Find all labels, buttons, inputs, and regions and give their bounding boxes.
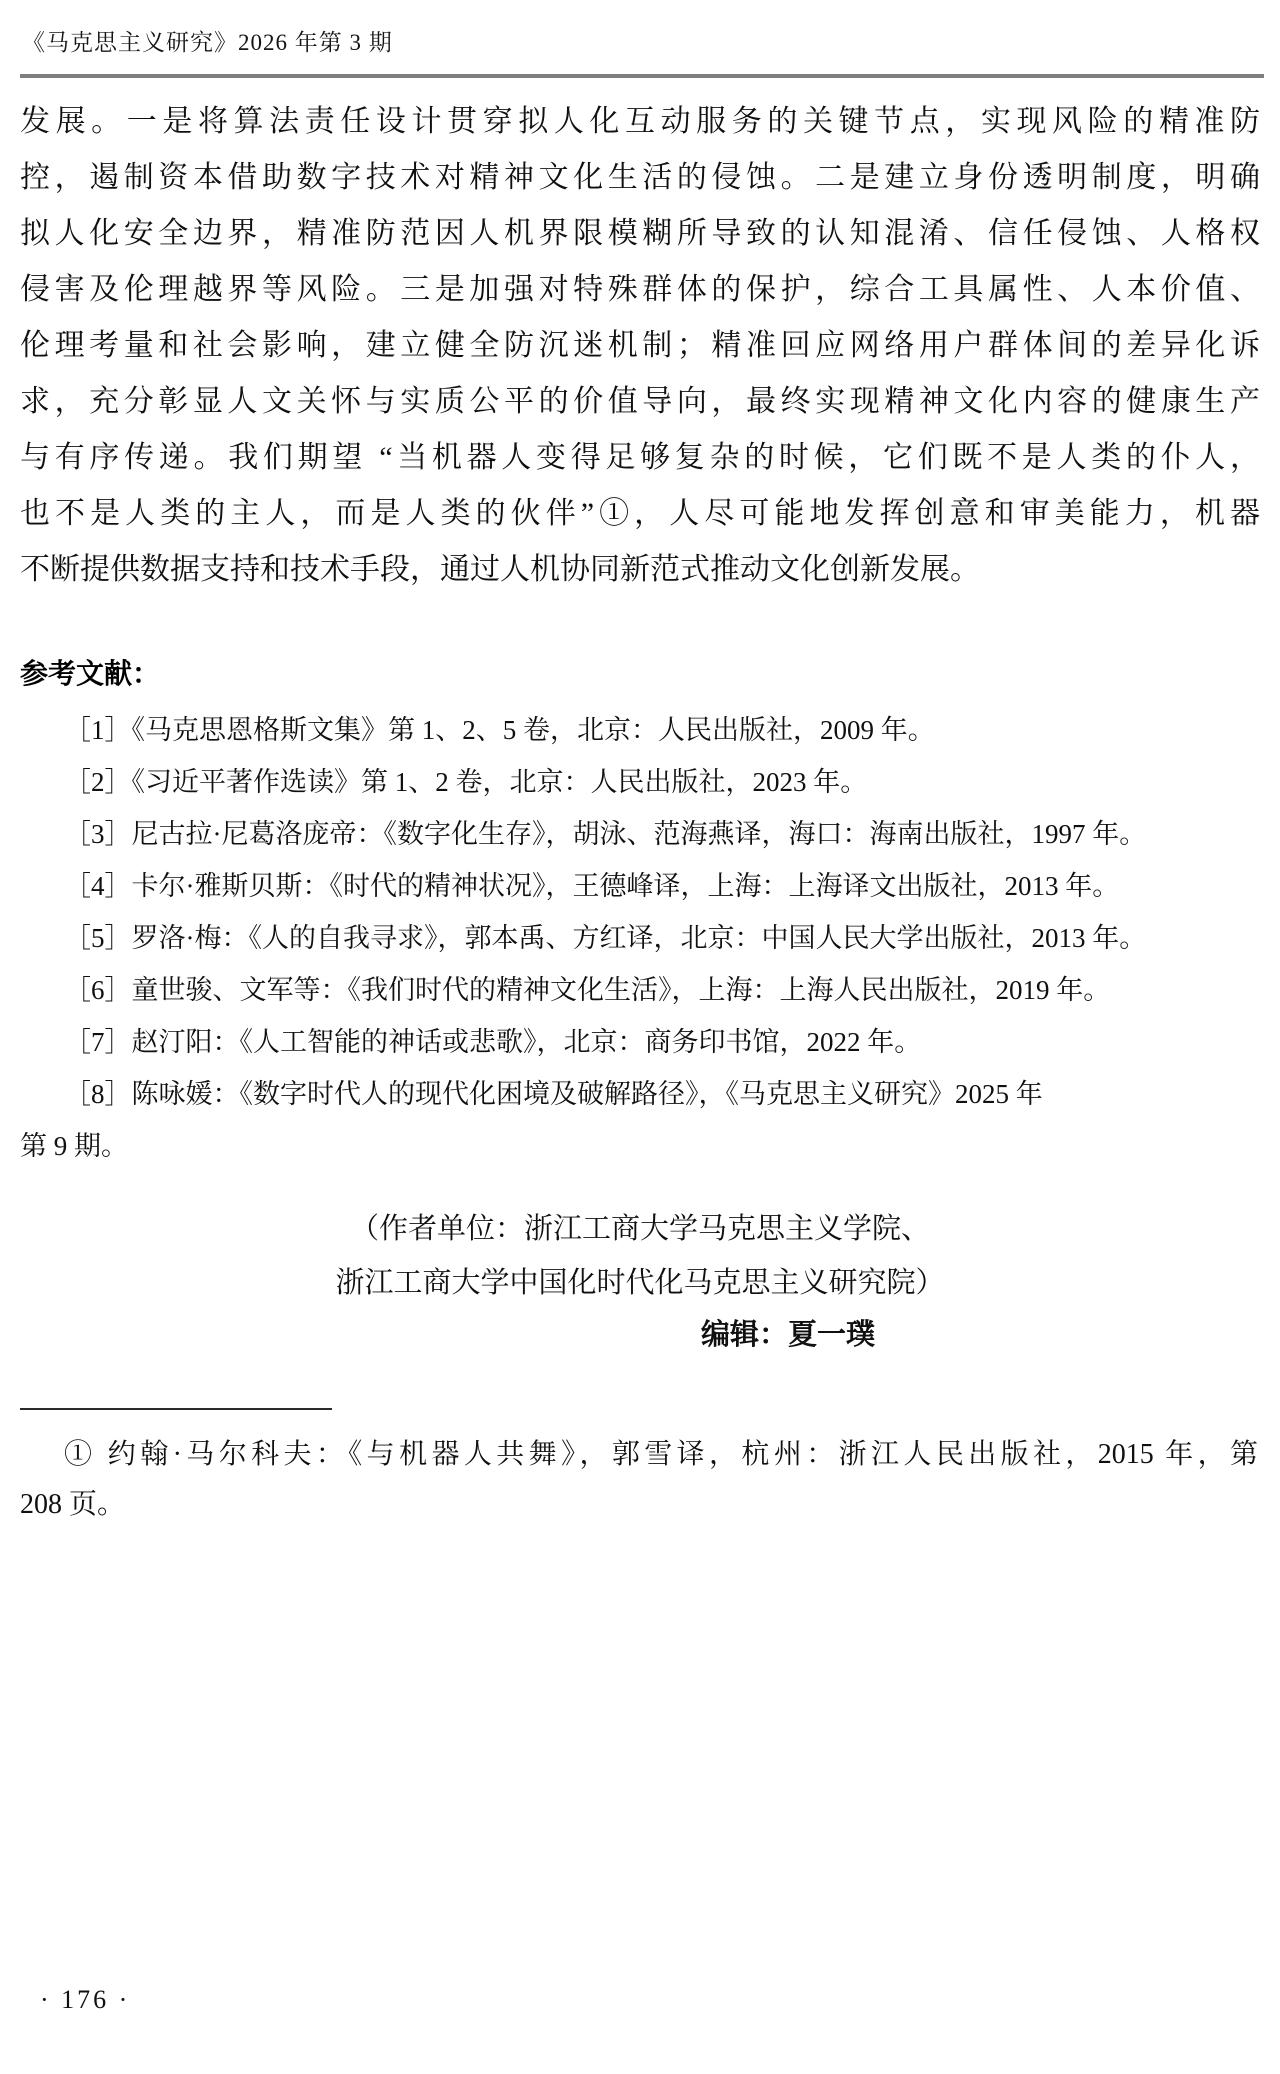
reference-item: ［1］《马克思恩格斯文集》第 1、2、5 卷，北京：人民出版社，2009 年。 <box>20 704 1260 756</box>
body-line: 侵害及伦理越界等风险。三是加强对特殊群体的保护，综合工具属性、人本价值、 <box>20 262 1260 318</box>
references-list: ［1］《马克思恩格斯文集》第 1、2、5 卷，北京：人民出版社，2009 年。 … <box>20 704 1260 1172</box>
body-line: 伦理考量和社会影响，建立健全防沉迷机制；精准回应网络用户群体间的差异化诉 <box>20 318 1260 374</box>
body-line: 不断提供数据支持和技术手段，通过人机协同新范式推动文化创新发展。 <box>20 542 1260 598</box>
reference-item: ［3］尼古拉·尼葛洛庞帝：《数字化生存》，胡泳、范海燕译，海口：海南出版社，19… <box>20 808 1260 860</box>
author-affiliation: （作者单位：浙江工商大学马克思主义学院、 浙江工商大学中国化时代化马克思主义研究… <box>0 1202 1280 1310</box>
body-line: 求，充分彰显人文关怀与实质公平的价值导向，最终实现精神文化内容的健康生产 <box>20 374 1260 430</box>
reference-item: ［5］罗洛·梅：《人的自我寻求》，郭本禹、方红译，北京：中国人民大学出版社，20… <box>20 912 1260 964</box>
reference-item: ［2］《习近平著作选读》第 1、2 卷，北京：人民出版社，2023 年。 <box>20 756 1260 808</box>
body-line: 也不是人类的主人，而是人类的伙伴”①，人尽可能地发挥创意和审美能力，机器 <box>20 486 1260 542</box>
journal-issue-header: 《马克思主义研究》2026 年第 3 期 <box>22 24 1250 57</box>
footnote-line: 208 页。 <box>20 1480 1258 1530</box>
reference-item: ［4］卡尔·雅斯贝斯：《时代的精神状况》，王德峰译，上海：上海译文出版社，201… <box>20 860 1260 912</box>
footnote-divider <box>20 1408 332 1410</box>
author-affiliation-line: （作者单位：浙江工商大学马克思主义学院、 <box>0 1202 1280 1256</box>
header-divider <box>20 74 1264 78</box>
body-line: 拟人化安全边界，精准防范因人机界限模糊所导致的认知混淆、信任侵蚀、人格权 <box>20 206 1260 262</box>
journal-page: 《马克思主义研究》2026 年第 3 期 发展。一是将算法责任设计贯穿拟人化互动… <box>0 0 1280 2074</box>
body-line: 控，遏制资本借助数字技术对精神文化生活的侵蚀。二是建立身份透明制度，明确 <box>20 150 1260 206</box>
body-line: 与有序传递。我们期望 “当机器人变得足够复杂的时候，它们既不是人类的仆人， <box>20 430 1260 486</box>
editor-credit: 编辑：夏一璞 <box>0 1312 875 1353</box>
reference-item-continuation: 第 9 期。 <box>20 1120 1260 1172</box>
reference-item: ［7］赵汀阳：《人工智能的神话或悲歌》，北京：商务印书馆，2022 年。 <box>20 1016 1260 1068</box>
reference-item: ［6］童世骏、文军等：《我们时代的精神文化生活》，上海：上海人民出版社，2019… <box>20 964 1260 1016</box>
page-number: · 176 · <box>40 1985 130 2015</box>
body-line: 发展。一是将算法责任设计贯穿拟人化互动服务的关键节点，实现风险的精准防 <box>20 94 1260 150</box>
reference-item: ［8］陈咏媛：《数字时代人的现代化困境及破解路径》，《马克思主义研究》2025 … <box>20 1068 1260 1120</box>
footnote-line: ① 约翰·马尔科夫：《与机器人共舞》，郭雪译，杭州：浙江人民出版社，2015 年… <box>20 1430 1258 1480</box>
references-heading: 参考文献： <box>20 652 160 692</box>
body-paragraph: 发展。一是将算法责任设计贯穿拟人化互动服务的关键节点，实现风险的精准防 控，遏制… <box>20 94 1260 598</box>
footnote: ① 约翰·马尔科夫：《与机器人共舞》，郭雪译，杭州：浙江人民出版社，2015 年… <box>20 1430 1258 1530</box>
author-affiliation-line: 浙江工商大学中国化时代化马克思主义研究院） <box>0 1256 1280 1310</box>
